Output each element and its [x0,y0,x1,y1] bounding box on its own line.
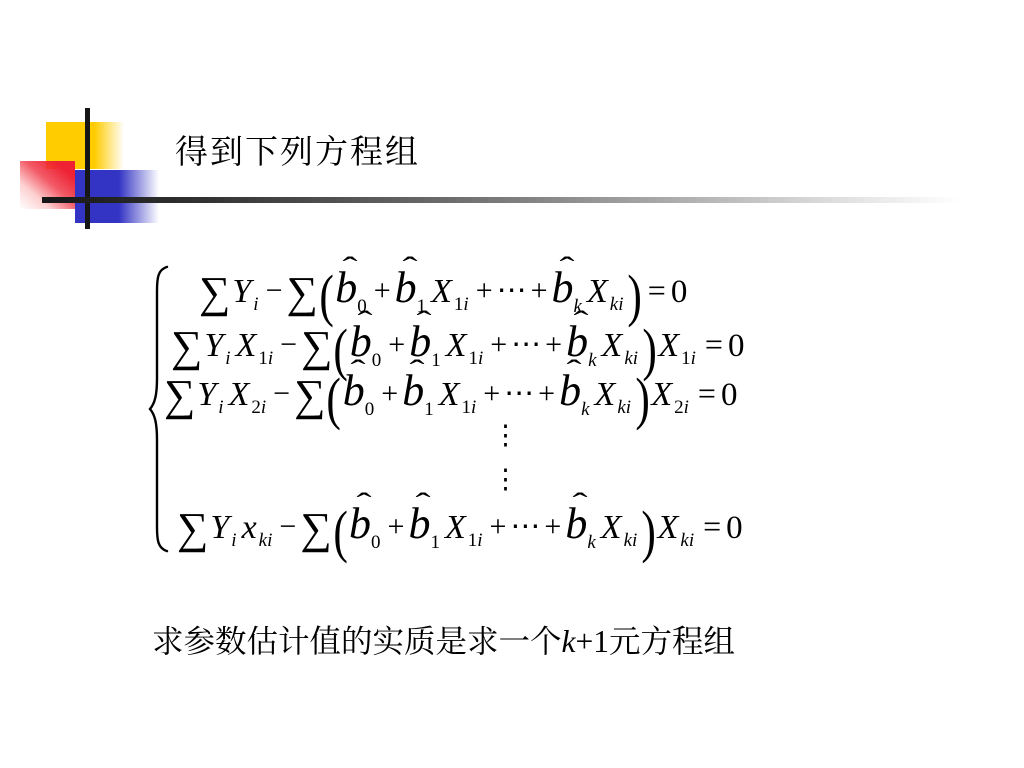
vertical-dots-1: ⋮ [492,422,519,449]
decor-vertical-line [85,108,90,229]
slide-title: 得到下列方程组 [175,126,420,173]
equation-row-2: ∑YiX1i−∑(ˆb0+ˆb1X1i+⋯+ˆbkXki)X1i=0 [170,320,744,373]
footer-text: 求参数估计值的实质是求一个k+1元方程组 [152,617,735,662]
equation-row-1: ∑Yi−∑(ˆb0+ˆb1X1i+⋯+ˆbkXki)=0 [198,266,687,319]
vertical-dots-2: ⋮ [492,466,519,493]
slide: 得到下列方程组 ∑Yi−∑(ˆb0+ˆb1X1i+⋯+ˆbkXki)=0 ∑Yi… [0,0,1024,768]
footer-text-pre: 求参数估计值的实质是求一个 [152,624,562,659]
equation-row-4: ∑Yixki−∑(ˆb0+ˆb1X1i+⋯+ˆbkXki)Xki=0 [176,502,743,555]
equation-row-3: ∑YiX2i−∑(ˆb0+ˆb1X1i+⋯+ˆbkXki)X2i=0 [163,369,737,422]
footer-k-variable: k [562,624,576,659]
footer-text-post: +1元方程组 [576,624,736,659]
title-rule-line [42,197,960,203]
equation-system: ∑Yi−∑(ˆb0+ˆb1X1i+⋯+ˆbkXki)=0 ∑YiX1i−∑(ˆb… [148,262,908,562]
